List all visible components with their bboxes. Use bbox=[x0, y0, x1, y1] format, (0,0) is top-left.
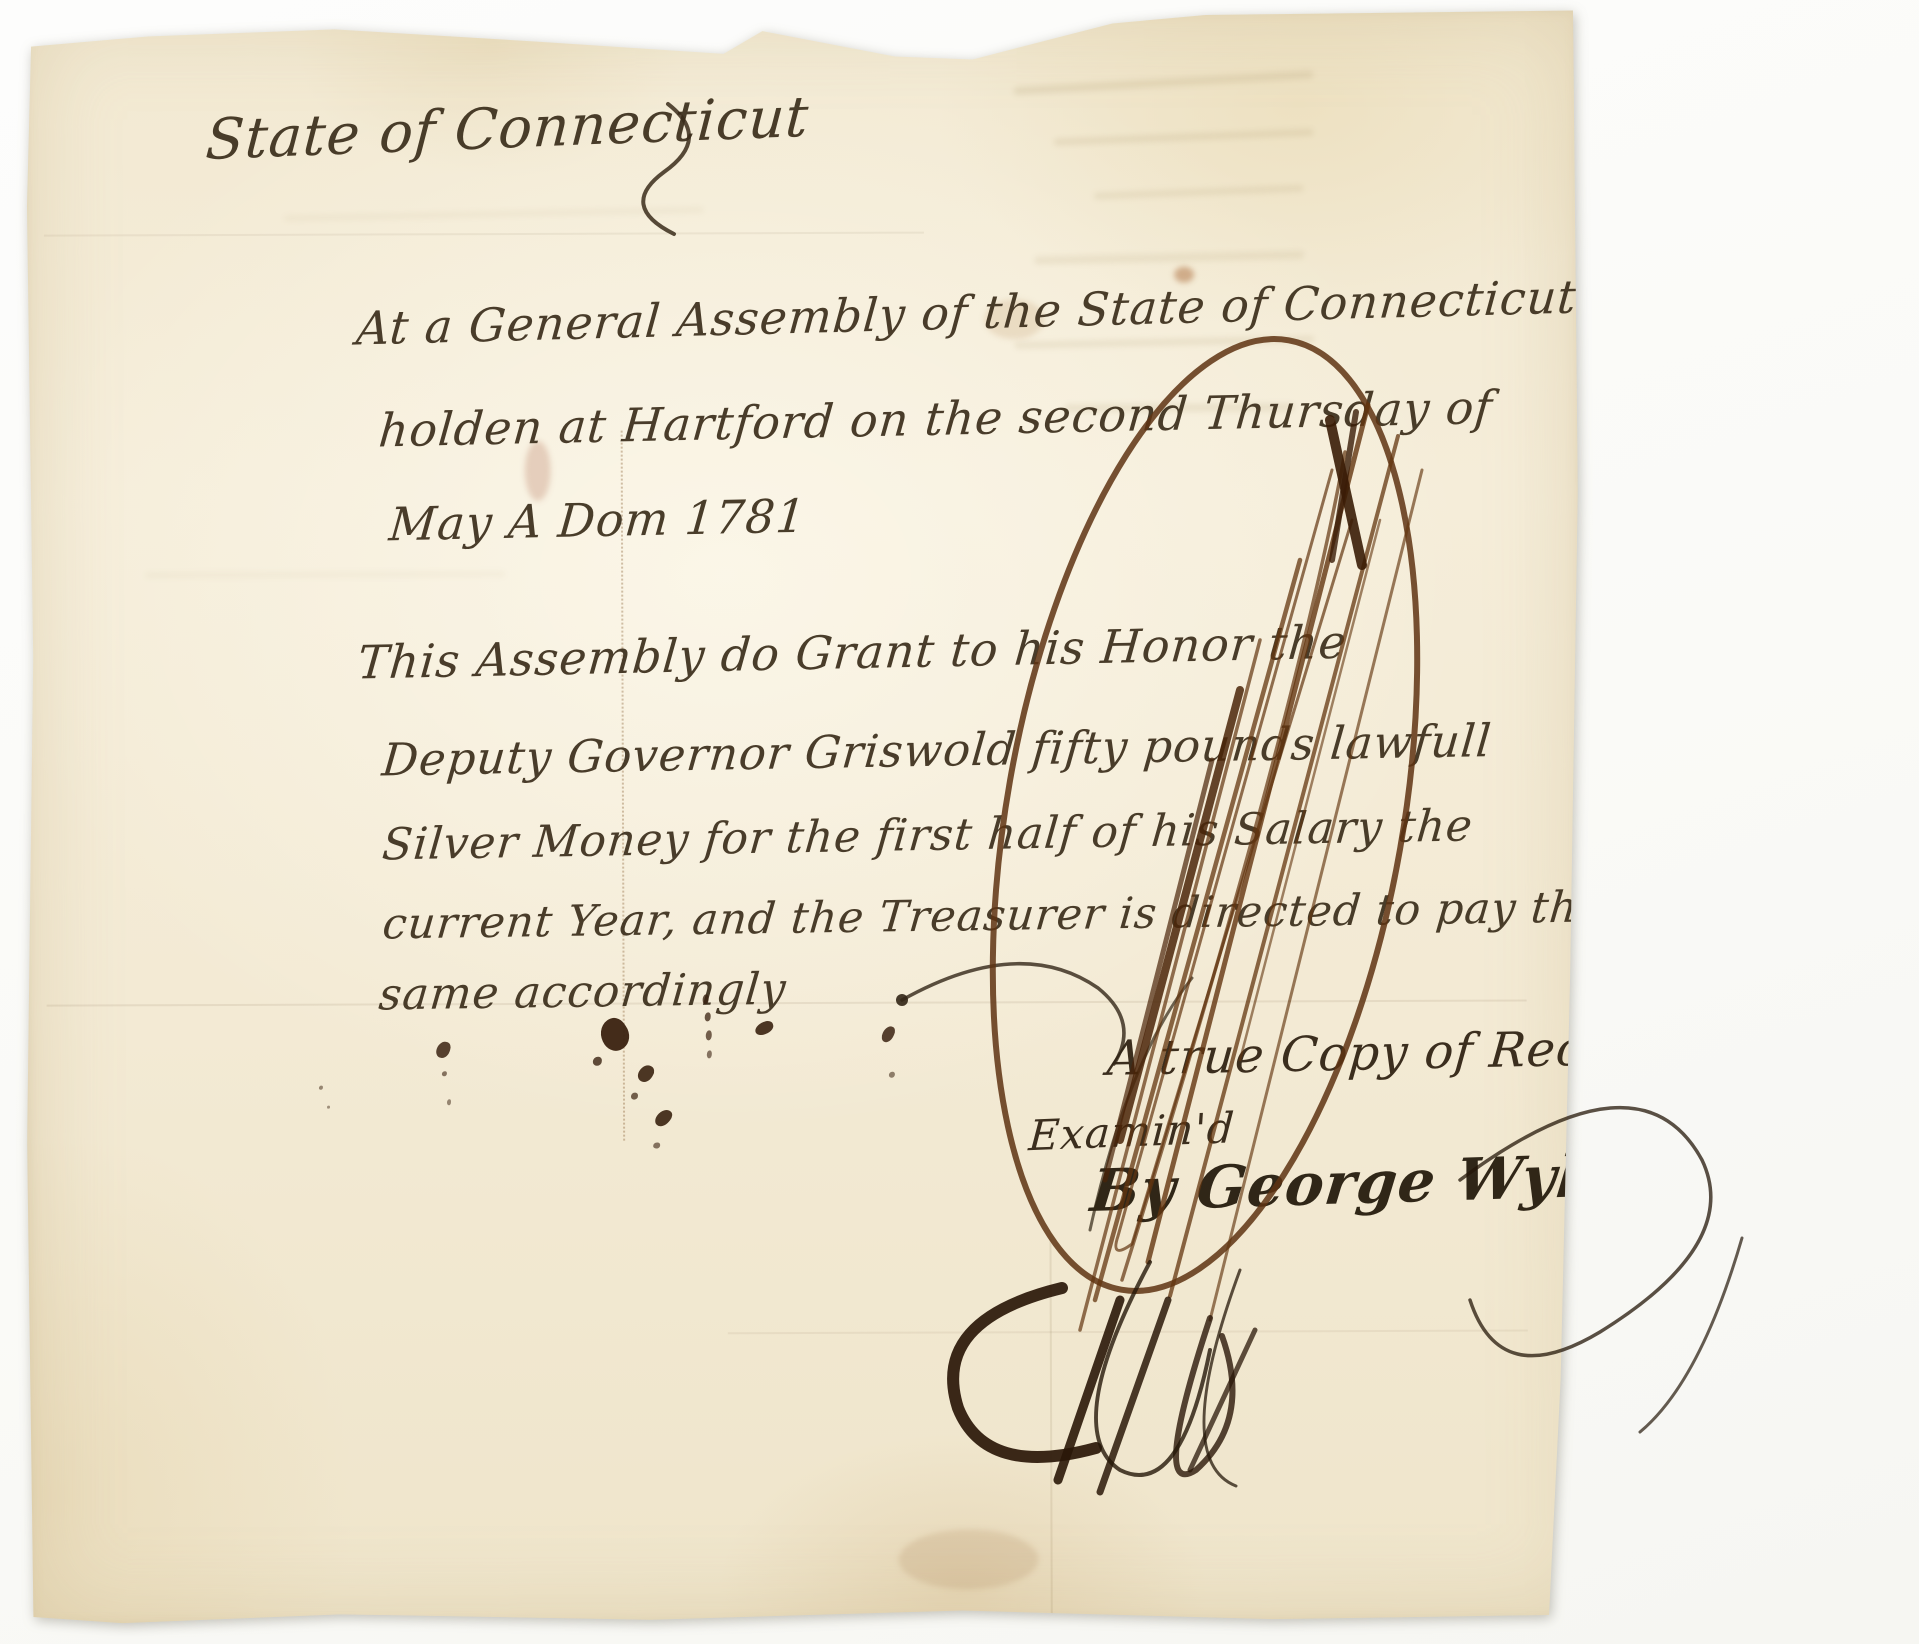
ink-blot bbox=[652, 1107, 674, 1130]
body-line-1: At a General Assembly of the State of Co… bbox=[354, 269, 1579, 355]
ink-blot bbox=[631, 1093, 638, 1100]
body-line-5: Deputy Governor Griswold fifty pounds la… bbox=[380, 714, 1494, 786]
body-line-3: May A Dom 1781 bbox=[387, 489, 808, 552]
ink-blot bbox=[447, 1099, 451, 1105]
heading-state-of-connecticut: State of Connecticut bbox=[204, 85, 811, 173]
ink-blot bbox=[707, 1050, 712, 1058]
attestation-line-2: Examin'd bbox=[1027, 1103, 1236, 1160]
ink-blot bbox=[327, 1106, 330, 1109]
ink-blot bbox=[706, 1030, 712, 1040]
ink-blot bbox=[593, 1057, 602, 1066]
ink-blot bbox=[635, 1062, 656, 1085]
ink-blot bbox=[705, 1012, 711, 1021]
ink-blot bbox=[753, 1019, 775, 1037]
paper-sheet: State of Connecticut At a General Assemb… bbox=[23, 7, 1585, 1626]
ink-blot bbox=[653, 1143, 660, 1149]
bleedthrough-smudge bbox=[1094, 185, 1304, 200]
fold-crease-horizontal bbox=[44, 232, 924, 237]
body-line-7: current Year, and the Treasurer is direc… bbox=[380, 882, 1606, 949]
fold-crease-horizontal bbox=[728, 1329, 1528, 1334]
body-line-6: Silver Money for the first half of his S… bbox=[380, 800, 1475, 870]
body-line-8: same accordingly bbox=[377, 964, 789, 1021]
bleedthrough-smudge bbox=[1013, 70, 1313, 95]
ink-blot bbox=[319, 1086, 323, 1090]
bleedthrough-smudge bbox=[1034, 251, 1304, 265]
ink-blot bbox=[434, 1040, 452, 1060]
fold-crease-vertical bbox=[1049, 1239, 1052, 1619]
fold-crease-horizontal bbox=[47, 999, 1527, 1006]
bleedthrough-smudge bbox=[145, 571, 505, 578]
body-line-4: This Assembly do Grant to his Honor the bbox=[356, 615, 1350, 690]
ink-blot bbox=[880, 1024, 897, 1044]
body-line-2: holden at Hartford on the second Thursda… bbox=[377, 380, 1495, 457]
paper-wrap: State of Connecticut At a General Assemb… bbox=[0, 0, 1919, 1644]
scan-canvas: State of Connecticut At a General Assemb… bbox=[0, 0, 1919, 1644]
bleedthrough-smudge bbox=[1014, 336, 1314, 349]
ink-blot bbox=[442, 1071, 447, 1076]
bleedthrough-smudge bbox=[284, 207, 704, 222]
attestation-line-1: A true Copy of Record bbox=[1105, 1019, 1672, 1087]
ink-blot bbox=[889, 1072, 895, 1078]
paper-stain bbox=[898, 1529, 1038, 1589]
bleedthrough-smudge bbox=[1054, 129, 1314, 146]
ink-blot bbox=[594, 1014, 635, 1056]
